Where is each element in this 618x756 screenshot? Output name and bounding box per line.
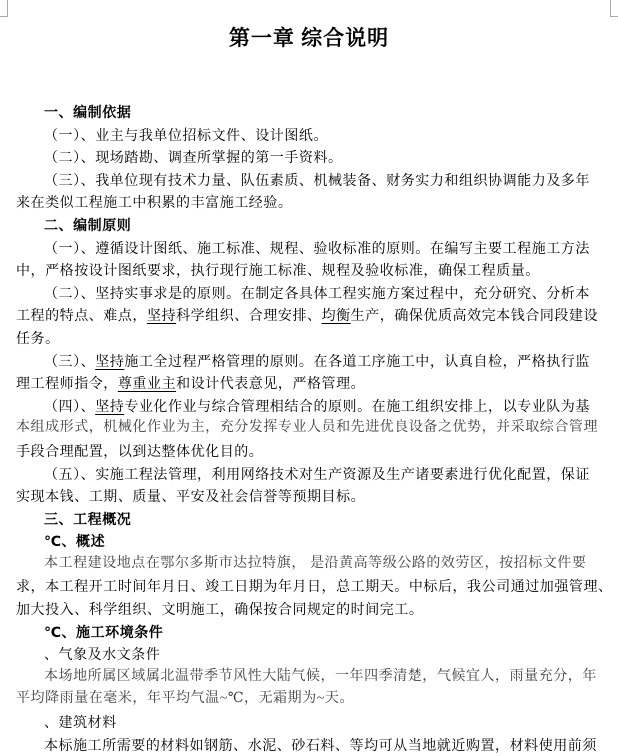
text-line: 理工程师指令，尊重业主和设计代表意见，严格管理。 [16, 372, 604, 395]
text-line: 本组成形式，机械化作业为主，充分发挥专业人员和先进优良设备之优势，并采取综合管理 [16, 417, 604, 440]
section-heading: 一、编制依据 [16, 101, 604, 124]
text-segment: （一）、遵循设计图纸、施工标准、规程、验收标准的原则。在编写主要工程施工方法 [44, 240, 590, 256]
underlined-text: 尊重业主 [118, 375, 176, 391]
text-segment: （四）、 [44, 398, 95, 414]
text-line: 平均降雨量在毫米，年平均气温~℃，无霜期为~天。 [16, 688, 604, 711]
text-segment: 平均降雨量在毫米，年平均气温~℃，无霜期为~天。 [16, 691, 354, 706]
text-segment: （五）、实施工程法管理，利用网络技术对生产资源及生产诸要素进行优化配置，保证 [44, 466, 590, 482]
text-segment: （三）、 [44, 353, 95, 369]
text-segment: 任务。 [16, 330, 60, 346]
text-segment: （一）、业主与我单位招标文件、设计图纸。 [44, 127, 328, 143]
text-segment: 本标施工所需要的材料如钢筋、水泥、砂石料、等均可从当地就近购置，材料使用前须 [44, 737, 597, 753]
text-segment: 、气象及水文条件 [44, 646, 160, 662]
section-heading: ℃、施工环境条件 [16, 621, 604, 644]
underlined-text: 坚持 [95, 353, 124, 369]
text-line: 本标施工所需要的材料如钢筋、水泥、砂石料、等均可从当地就近购置，材料使用前须 [16, 734, 604, 756]
text-line: 实现本钱、工期、质量、平安及社会信誉等预期目标。 [16, 485, 604, 508]
text-line: 任务。 [16, 327, 604, 350]
text-line: （一）、业主与我单位招标文件、设计图纸。 [16, 124, 604, 147]
text-line: （二）、现场踏勘、调查所掌握的第一手资料。 [16, 146, 604, 169]
document-page: 第一章 综合说明 一、编制依据（一）、业主与我单位招标文件、设计图纸。（二）、现… [0, 0, 618, 756]
document-body: 一、编制依据（一）、业主与我单位招标文件、设计图纸。（二）、现场踏勘、调查所掌握… [16, 101, 604, 756]
text-segment: 三、工程概况 [44, 511, 131, 527]
crop-mark-top-left [0, 16, 8, 17]
text-segment: 科学组织、合理安排、 [176, 307, 322, 323]
text-line: （一）、遵循设计图纸、施工标准、规程、验收标准的原则。在编写主要工程施工方法 [16, 237, 604, 260]
underlined-text: 坚持 [147, 307, 176, 323]
text-segment: 加大投入、科学组织、文明施工，确保按合同规定的时间完工。 [16, 601, 423, 617]
text-segment: （三）、我单位现有技术力量、队伍素质、机械装备、财务实力和组织协调能力及多年 [44, 172, 590, 188]
crop-mark-top-right [610, 16, 618, 17]
text-segment: 施工全过程严格管理的原则。在各道工序施工中，认真自检，严格执行监 [124, 353, 590, 369]
section-heading: ℃、概述 [16, 530, 604, 553]
text-line: （四）、坚持专业化作业与综合管理相结合的原则。在施工组织安排上，以专业队为基 [16, 395, 604, 418]
text-segment: ℃、概述 [44, 533, 105, 549]
text-line: 中，严格按设计图纸要求，执行现行施工标准、规程及验收标准，确保工程质量。 [16, 259, 604, 282]
text-segment: 求，本工程开工时间年月日、竣工日期为年月日，总工期天。中标后，我公司通过加强管理… [16, 578, 613, 594]
text-line: （二）、坚持实事求是的原则。在制定各具体工程实施方案过程中，充分研究、分析本 [16, 282, 604, 305]
crop-mark-top-right [610, 0, 611, 17]
text-line: 本场地所属区域属北温带季节风性大陆气候，一年四季清楚，气候宜人，雨量充分，年 [16, 666, 604, 689]
text-segment: 手段合理配置，以到达整体优化目的。 [16, 443, 263, 459]
text-line: 求，本工程开工时间年月日、竣工日期为年月日，总工期天。中标后，我公司通过加强管理… [16, 575, 604, 598]
text-line: 、建筑材料 [16, 711, 604, 734]
text-segment: 一、编制依据 [44, 104, 131, 120]
text-segment: ℃、施工环境条件 [44, 624, 163, 640]
text-line: （五）、实施工程法管理，利用网络技术对生产资源及生产诸要素进行优化配置，保证 [16, 463, 604, 486]
text-segment: 本组成形式，机械化作业为主，充分发挥专业人员和先进优良设备之优势，并采取综合管理 [16, 420, 598, 435]
text-segment: 中，严格按设计图纸要求，执行现行施工标准、规程及验收标准，确保工程质量。 [16, 262, 540, 278]
text-line: 加大投入、科学组织、文明施工，确保按合同规定的时间完工。 [16, 598, 604, 621]
text-line: 本工程建设地点在鄂尔多斯市达拉特旗， 是沿黄高等级公路的效劳区，按招标文件要 [16, 553, 604, 576]
document-title: 第一章 综合说明 [0, 22, 618, 52]
text-line: （三）、坚持施工全过程严格管理的原则。在各道工序施工中，认真自检，严格执行监 [16, 350, 604, 373]
text-segment: 来在类似工程施工中积累的丰富施工经验。 [16, 194, 292, 210]
underlined-text: 均衡 [322, 307, 351, 323]
text-line: （三）、我单位现有技术力量、队伍素质、机械装备、财务实力和组织协调能力及多年 [16, 169, 604, 192]
text-segment: 二、编制原则 [44, 217, 131, 233]
crop-mark-top-left [7, 0, 8, 17]
text-line: 手段合理配置，以到达整体优化目的。 [16, 440, 604, 463]
text-segment: 生产，确保优质高效完本钱合同段建设 [351, 307, 598, 323]
text-line: 来在类似工程施工中积累的丰富施工经验。 [16, 191, 604, 214]
text-segment: （二）、坚持实事求是的原则。在制定各具体工程实施方案过程中，充分研究、分析本 [44, 285, 590, 301]
text-line: 工程的特点、难点，坚持科学组织、合理安排、均衡生产，确保优质高效完本钱合同段建设 [16, 304, 604, 327]
text-segment: 和设计代表意见，严格管理。 [176, 375, 365, 391]
section-heading: 三、工程概况 [16, 508, 604, 531]
text-segment: 实现本钱、工期、质量、平安及社会信誉等预期目标。 [16, 488, 365, 504]
text-segment: 本场地所属区域属北温带季节风性大陆气候，一年四季清楚，气候宜人，雨量充分，年 [44, 669, 597, 684]
text-segment: 理工程师指令， [16, 375, 118, 391]
text-segment: 工程的特点、难点， [16, 307, 147, 323]
text-segment: （二）、现场踏勘、调查所掌握的第一手资料。 [44, 149, 343, 165]
text-line: 、气象及水文条件 [16, 643, 604, 666]
text-segment: 专业化作业与综合管理相结合的原则。在施工组织安排上，以专业队为基 [124, 398, 590, 414]
underlined-text: 坚持 [95, 398, 124, 414]
section-heading: 二、编制原则 [16, 214, 604, 237]
text-segment: 本工程建设地点在鄂尔多斯市达拉特旗， 是沿黄高等级公路的效劳区，按招标文件要 [44, 556, 586, 571]
text-segment: 、建筑材料 [44, 714, 117, 730]
